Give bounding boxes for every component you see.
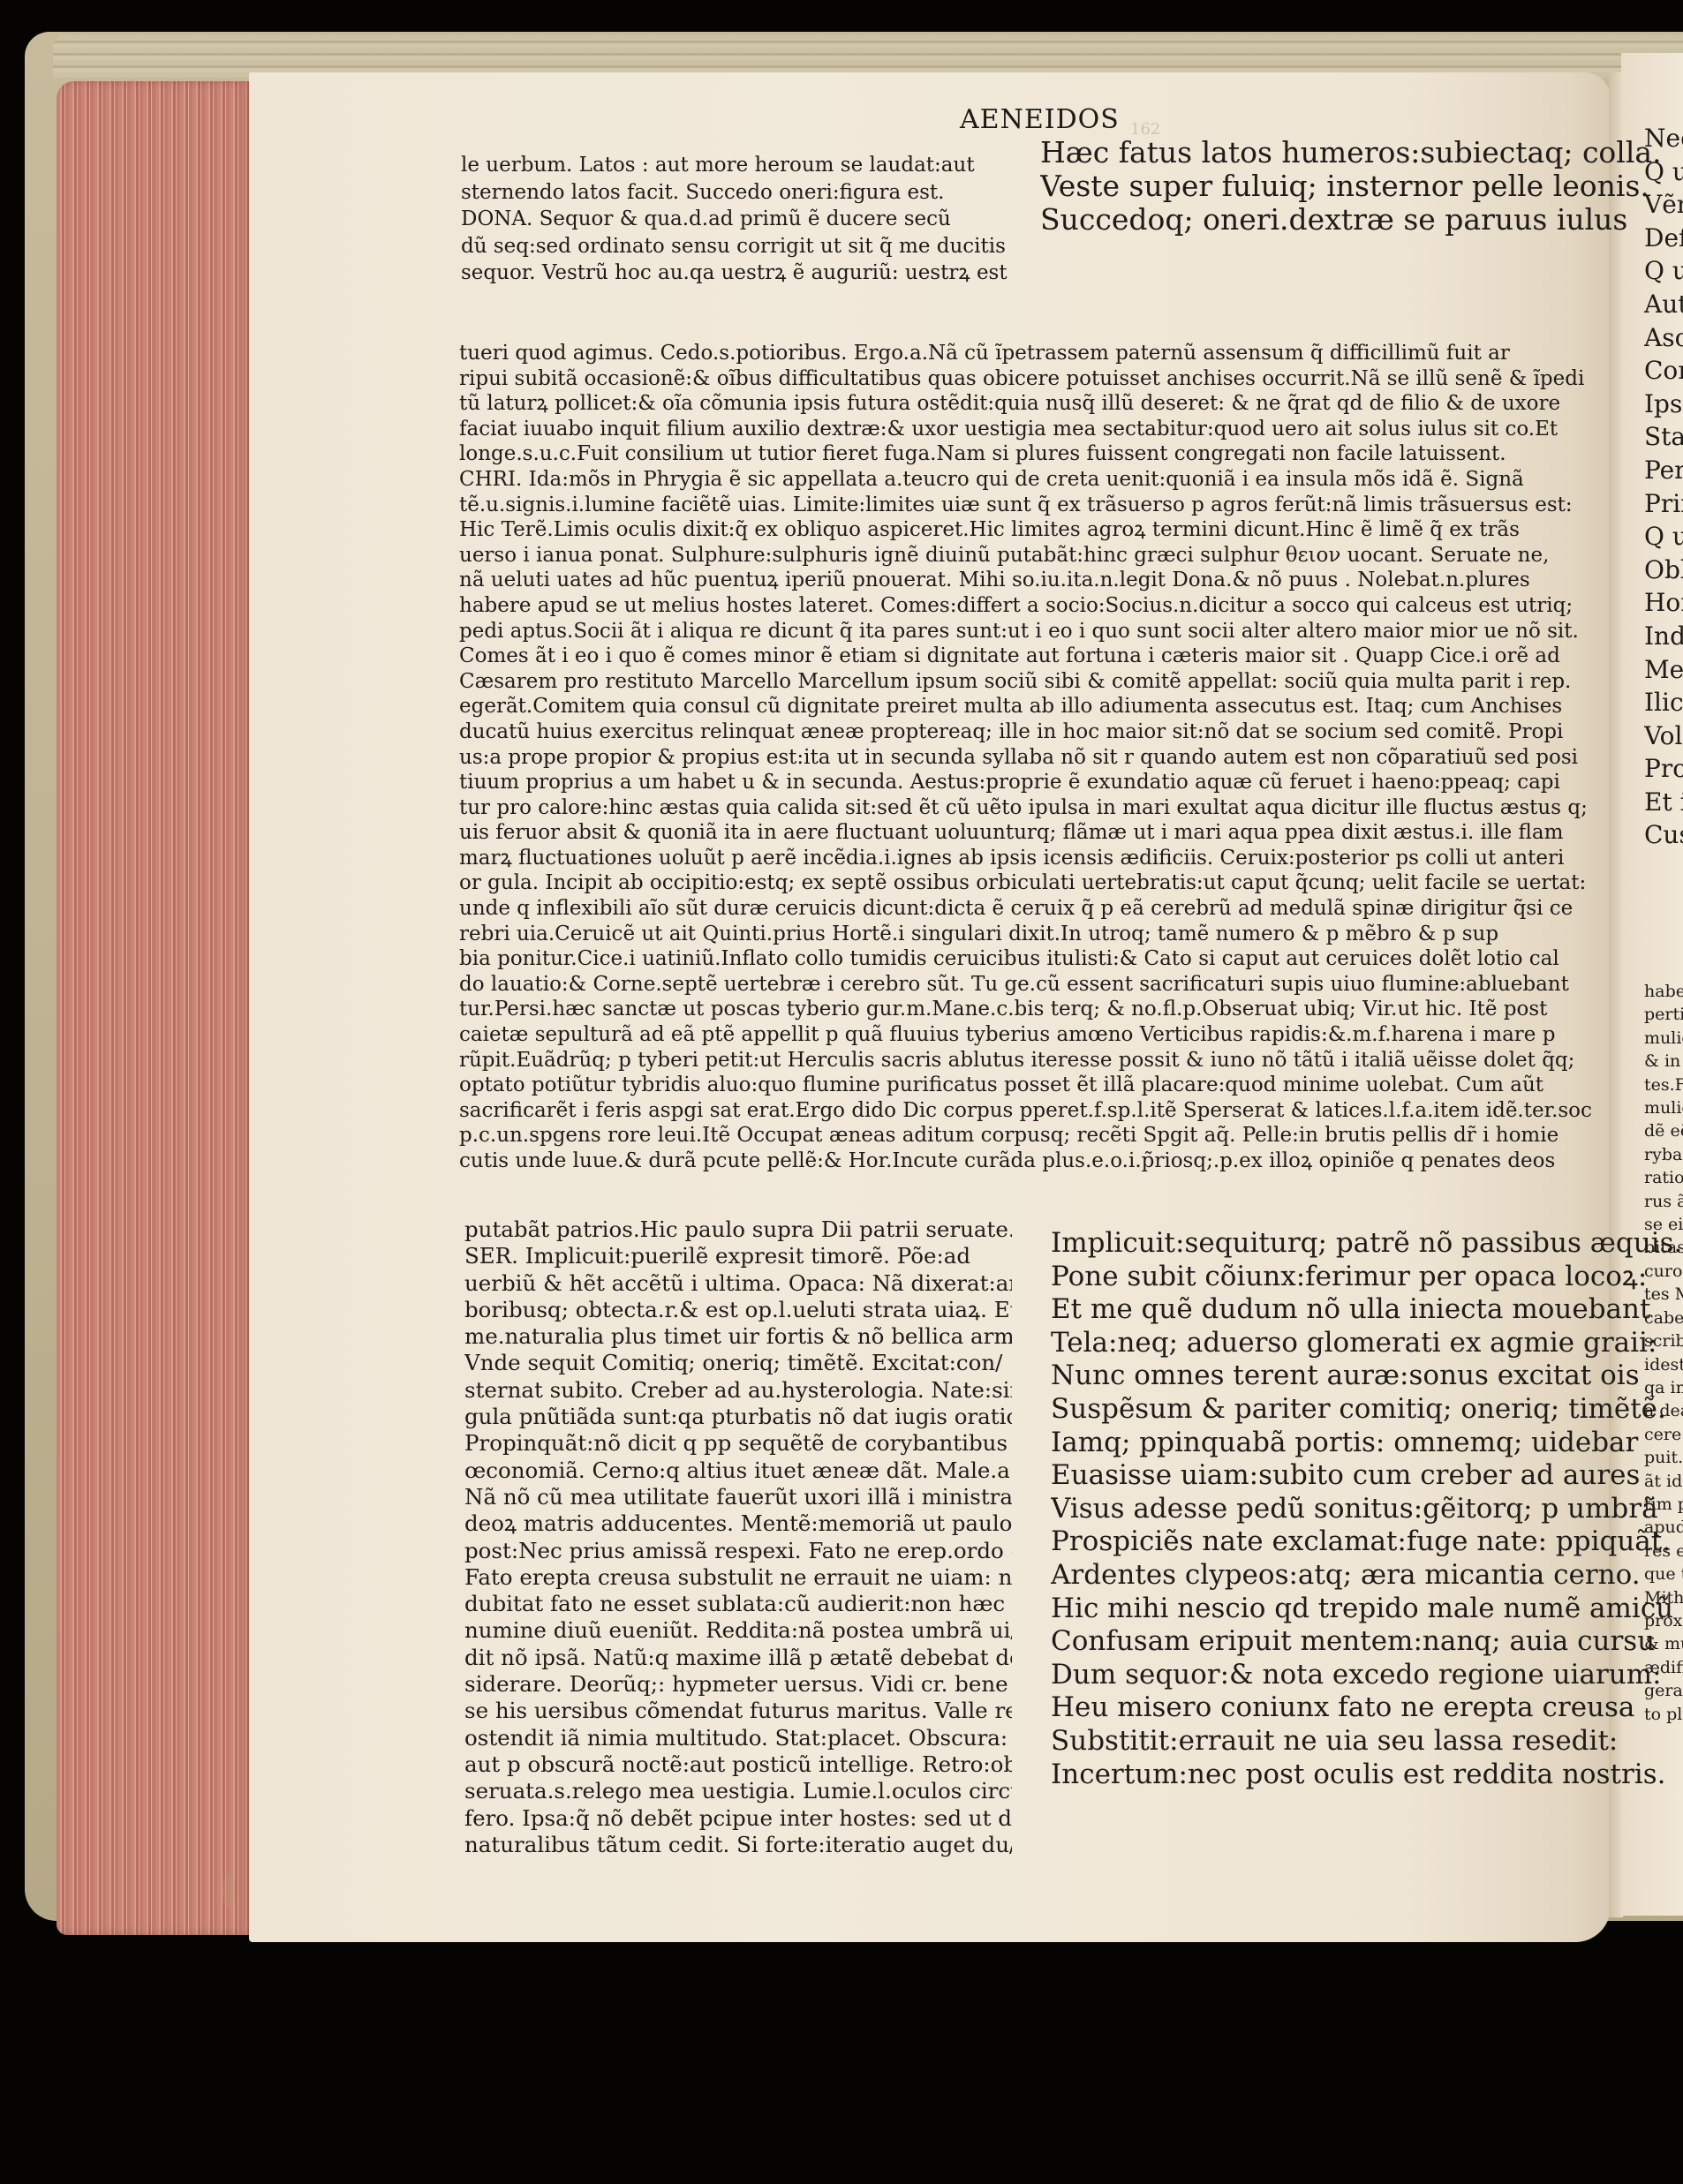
commentary-fragment: scribit	[1644, 1329, 1683, 1352]
verse-fragment: Cust	[1644, 818, 1683, 852]
commentary-fragment: idest re	[1644, 1353, 1683, 1376]
verse-fragment: Et ia	[1644, 786, 1683, 819]
commentary-fragment: tes Mi	[1644, 1283, 1683, 1306]
verse-fragment: Volu	[1644, 719, 1683, 753]
verse-line: Pone subit cõiunx:ferimur per opaca loco…	[1051, 1261, 1682, 1294]
commentary-line: habere apud se ut melius hostes lateret.…	[459, 593, 1604, 619]
verse-fragment: Def	[1644, 222, 1683, 255]
commentary-line: uerbiũ & hẽt accẽtũ i ultima. Opaca: Nã …	[464, 1270, 1012, 1297]
commentary-line: p.c.un.spgens rore leui.Itẽ Occupat ænea…	[459, 1123, 1604, 1148]
commentary-fragment: se eius	[1644, 1213, 1683, 1236]
commentary-line: deoꝝ matris adducentes. Mentẽ:memoriã ut…	[464, 1510, 1012, 1537]
commentary-line: us:a prope propior & propius est:ita ut …	[459, 745, 1604, 771]
commentary-fragment: bitasse	[1644, 1236, 1683, 1259]
commentary-line: ripui subitã occasionẽ:& oĩbus difficult…	[459, 366, 1604, 392]
commentary-line: fero. Ipsa:q̃ nõ debẽt pcipue inter host…	[464, 1805, 1012, 1832]
verse-fragment: Hor	[1644, 586, 1683, 620]
commentary-line: me.naturalia plus timet uir fortis & nõ …	[464, 1323, 1012, 1350]
commentary-line: nã ueluti uates ad hũc puentuꝝ iperiũ pn…	[459, 568, 1604, 593]
commentary-line: optato potiũtur tybridis aluo:quo flumin…	[459, 1073, 1604, 1098]
commentary-line: siderare. Deorũq;: hypmeter uersus. Vidi…	[464, 1671, 1012, 1698]
verse-line: Suspẽsum & pariter comitiq; oneriq; timẽ…	[1051, 1393, 1682, 1427]
verse-line: Visus adesse pedũ sonitus:gẽitorq; p umb…	[1051, 1493, 1682, 1526]
verse-fragment: Q u	[1644, 520, 1683, 554]
commentary-fragment: habe	[1644, 980, 1683, 1003]
commentary-line: tur pro calore:hinc æstas quia calida si…	[459, 795, 1604, 821]
verse-line: Implicuit:sequiturq; patrẽ nõ passibus æ…	[1051, 1227, 1682, 1261]
commentary-line: Fato erepta creusa substulit ne errauit …	[464, 1564, 1012, 1591]
commentary-line: caietæ sepulturã ad eã ptẽ appellit p qu…	[459, 1022, 1604, 1048]
commentary-fragment: tes.Fi	[1644, 1073, 1683, 1096]
verse-fragment: Per t	[1644, 454, 1683, 487]
commentary-fragment: Mithri	[1644, 1586, 1683, 1609]
verse-line: Veste super fuluiq; insternor pelle leon…	[1040, 169, 1662, 203]
commentary-line: unde q inflexibili aĩo sũt duræ ceruicis…	[459, 896, 1604, 922]
commentary-line: dubitat fato ne esset sublata:cũ audieri…	[464, 1591, 1012, 1617]
commentary-fragment: rus ãt	[1644, 1190, 1683, 1213]
commentary-fragment: que ter	[1644, 1563, 1683, 1585]
commentary-line: CHRI. Ida:mõs in Phrygia ẽ sic appellata…	[459, 467, 1604, 493]
commentary-line: Cæsarem pro restituto Marcello Marcellum…	[459, 669, 1604, 695]
commentary-line: do lauatio:& Corne.septẽ uertebræ i cere…	[459, 972, 1604, 998]
commentary-line: longe.s.u.c.Fuit consilium ut tutior fie…	[459, 441, 1604, 467]
verse-fragment: Q u	[1644, 155, 1683, 189]
verse-fragment: Q u	[1644, 254, 1683, 288]
commentary-line: sacrificarẽt i feris aspgi sat erat.Ergo…	[459, 1098, 1604, 1124]
commentary-fragment: gerat e	[1644, 1679, 1683, 1702]
commentary-line: egerãt.Comitem quia consul cũ dignitate …	[459, 694, 1604, 719]
verse-line: Heu misero coniunx fato ne erepta creusa	[1051, 1691, 1682, 1725]
verse-line: Incertum:nec post oculis est reddita nos…	[1051, 1758, 1682, 1792]
commentary-line: cutis unde luue.& durã pcute pellẽ:& Hor…	[459, 1148, 1604, 1174]
commentary-fragment: & mula	[1644, 1632, 1683, 1655]
commentary-line: Propinquãt:nõ dicit q pp sequẽtẽ de cory…	[464, 1430, 1012, 1457]
commentary-fragment: cere so	[1644, 1423, 1683, 1446]
commentary-line: SER. Implicuit:puerilẽ expresit timorẽ. …	[464, 1243, 1012, 1269]
verse-line: Substitit:errauit ne uia seu lassa resed…	[1051, 1725, 1682, 1758]
commentary-line: rebri uia.Ceruicẽ ut ait Quinti.prius Ho…	[459, 922, 1604, 947]
right-page-verse-fragments: Nec Q u Vẽr Def Q u Aut Asca Con Ipse St…	[1644, 122, 1683, 852]
commentary-line: pedi aptus.Socii ãt i aliqua re dicunt q…	[459, 619, 1604, 644]
verse-line: Prospiciẽs nate exclamat:fuge nate: ppiq…	[1051, 1525, 1682, 1559]
verse-line: Dum sequor:& nota excedo regione uiarum:	[1051, 1659, 1682, 1692]
commentary-line: ducatũ huius exercitus relinquat æneæ pr…	[459, 719, 1604, 745]
commentary-line: le uerbum. Latos : aut more heroum se la…	[461, 152, 1008, 179]
commentary-line: se his uersibus cõmendat futurus maritus…	[464, 1698, 1012, 1724]
commentary-fragment: ædifica	[1644, 1656, 1683, 1679]
verse-line: Ardentes clypeos:atq; æra micantia cerno…	[1051, 1559, 1682, 1593]
commentary-fragment: res ei d	[1644, 1540, 1683, 1563]
verse-fragment: Nec	[1644, 122, 1683, 155]
commentary-line: marꝝ fluctuationes uoluũt p aerẽ incẽdia…	[459, 846, 1604, 871]
verse-line: Nunc omnes terent auræ:sonus excitat ois	[1051, 1359, 1682, 1393]
commentary-line: boribusq; obtecta.r.& est op.l.ueluti st…	[464, 1297, 1012, 1323]
verse-line: Tela:neq; aduerso glomerati ex agmie gra…	[1051, 1327, 1682, 1360]
verse-line: Et me quẽ dudum nõ ulla iniecta mouebant	[1051, 1293, 1682, 1327]
verse-fragment: Stat	[1644, 420, 1683, 454]
running-head: AENEIDOS	[960, 104, 1120, 135]
commentary-line: ostendit iã nimia multitudo. Stat:placet…	[464, 1725, 1012, 1751]
commentary-fragment: apud h	[1644, 1516, 1683, 1539]
verse-fragment: Vẽr	[1644, 188, 1683, 222]
commentary-line: Vnde sequit Comitiq; oneriq; timẽtẽ. Exc…	[464, 1350, 1012, 1376]
commentary-line: numine diuũ eueniũt. Reddita:nã postea u…	[464, 1617, 1012, 1644]
commentary-line: tẽ.u.signis.i.lumine faciẽtẽ uias. Limit…	[459, 493, 1604, 518]
commentary-fragment: qa in ta	[1644, 1376, 1683, 1399]
cover-head-edge	[53, 35, 1683, 78]
verse-bottom: Implicuit:sequiturq; patrẽ nõ passibus æ…	[1051, 1227, 1682, 1791]
verse-line: Confusam eripuit mentem:nanq; auia cursu	[1051, 1625, 1682, 1659]
commentary-line: Nã nõ cũ mea utilitate fauerũt uxori ill…	[464, 1484, 1012, 1510]
red-page-edges	[57, 81, 253, 1935]
commentary-fragment: & in e	[1644, 1050, 1683, 1073]
commentary-full-width: tueri quod agimus. Cedo.s.potioribus. Er…	[459, 341, 1604, 1174]
commentary-fragment: puit.	[1644, 1446, 1683, 1469]
commentary-line: tiuum proprius a um habet u & in secunda…	[459, 770, 1604, 795]
commentary-fragment: a dea i	[1644, 1399, 1683, 1422]
commentary-line: tur.Persi.hæc sanctæ ut poscas tyberio g…	[459, 997, 1604, 1022]
commentary-line: Hic Terẽ.Limis oculis dixit:q̃ ex obliqu…	[459, 517, 1604, 543]
commentary-fragment: tim po	[1644, 1493, 1683, 1516]
commentary-line: sternendo latos facit. Succedo oneri:fig…	[461, 179, 1008, 207]
verse-fragment: Ipse	[1644, 388, 1683, 421]
commentary-fragment: ãt ide e	[1644, 1470, 1683, 1493]
commentary-line: sequor. Vestrũ hoc au.qa uestrꝝ ẽ auguri…	[461, 260, 1008, 287]
verse-line: Euasisse uiam:subito cum creber ad aures	[1051, 1459, 1682, 1493]
commentary-line: bia ponitur.Cice.i uatiniũ.Inflato collo…	[459, 946, 1604, 972]
commentary-line: putabãt patrios.Hic paulo supra Dii patr…	[464, 1216, 1012, 1243]
commentary-line: gula pnũtiãda sunt:qa pturbatis nõ dat i…	[464, 1404, 1012, 1430]
commentary-line: dũ seq:sed ordinato sensu corrigit ut si…	[461, 233, 1008, 260]
verse-fragment: Prin	[1644, 487, 1683, 521]
commentary-line: faciat iuuabo inquit filium auxilio dext…	[459, 417, 1604, 442]
commentary-top: le uerbum. Latos : aut more heroum se la…	[461, 152, 1008, 287]
verse-fragment: Aut	[1644, 288, 1683, 321]
verse-fragment: Proc	[1644, 752, 1683, 786]
commentary-fragment: curo c	[1644, 1260, 1683, 1283]
verse-fragment: Ilice	[1644, 686, 1683, 719]
commentary-line: dit nõ ipsã. Natũ:q maxime illã p ætatẽ …	[464, 1645, 1012, 1671]
commentary-fragment: proxin	[1644, 1609, 1683, 1632]
commentary-line: rũpit.Euãdrũq; p tyberi petit:ut Herculi…	[459, 1048, 1604, 1073]
verse-fragment: Inde	[1644, 620, 1683, 653]
right-page-commentary-fragments: habe pertin mulie & in e tes.Fi mulie dẽ…	[1644, 980, 1683, 1726]
commentary-fragment: ryban	[1644, 1143, 1683, 1166]
commentary-fragment: ration	[1644, 1166, 1683, 1189]
verse-fragment: Con	[1644, 354, 1683, 388]
commentary-fragment: dẽ eẽ	[1644, 1119, 1683, 1142]
commentary-line: Comes ãt i eo i quo ẽ comes minor ẽ etia…	[459, 644, 1604, 669]
verse-line: Iamq; ppinquabã portis: omnemq; uidebar	[1051, 1427, 1682, 1460]
commentary-line: uis feruor absit & quoniã ita in aere fl…	[459, 820, 1604, 846]
commentary-fragment: pertin	[1644, 1003, 1683, 1026]
commentary-fragment: caberc	[1644, 1307, 1683, 1329]
commentary-line: uerso i ianua ponat. Sulphure:sulphuris …	[459, 543, 1604, 569]
commentary-fragment: to plus	[1644, 1703, 1683, 1726]
commentary-line: sternat subito. Creber ad au.hysterologi…	[464, 1377, 1012, 1404]
commentary-line: seruata.s.relego mea uestigia. Lumie.l.o…	[464, 1778, 1012, 1804]
commentary-line: or gula. Incipit ab occipitio:estq; ex s…	[459, 870, 1604, 896]
commentary-bottom: putabãt patrios.Hic paulo supra Dii patr…	[464, 1216, 1012, 1858]
verse-line: Hic mihi nescio qd trepido male numẽ ami…	[1051, 1593, 1682, 1626]
commentary-line: tueri quod agimus. Cedo.s.potioribus. Er…	[459, 341, 1604, 366]
commentary-fragment: mulie	[1644, 1096, 1683, 1119]
commentary-line: aut p obscurã noctẽ:aut posticũ intellig…	[464, 1751, 1012, 1778]
commentary-line: naturalibus tãtum cedit. Si forte:iterat…	[464, 1832, 1012, 1858]
verse-top: Hæc fatus latos humeros:subiectaq; colla…	[1040, 136, 1662, 237]
commentary-line: tũ laturꝝ pollicet:& oĩa cõmunia ipsis f…	[459, 391, 1604, 417]
commentary-line: œconomiã. Cerno:q altius ituet æneæ dãt.…	[464, 1457, 1012, 1484]
commentary-line: DONA. Sequor & qua.d.ad primũ ẽ ducere s…	[461, 206, 1008, 233]
verse-line: Succedoq; oneri.dextræ se paruus iulus	[1040, 203, 1662, 237]
verse-line: Hæc fatus latos humeros:subiectaq; colla…	[1040, 136, 1662, 169]
verse-fragment: Asca	[1644, 321, 1683, 355]
commentary-line: post:Nec prius amissã respexi. Fato ne e…	[464, 1538, 1012, 1564]
verse-fragment: Obl	[1644, 554, 1683, 587]
commentary-fragment: mulie	[1644, 1027, 1683, 1050]
verse-fragment: Me r	[1644, 653, 1683, 687]
